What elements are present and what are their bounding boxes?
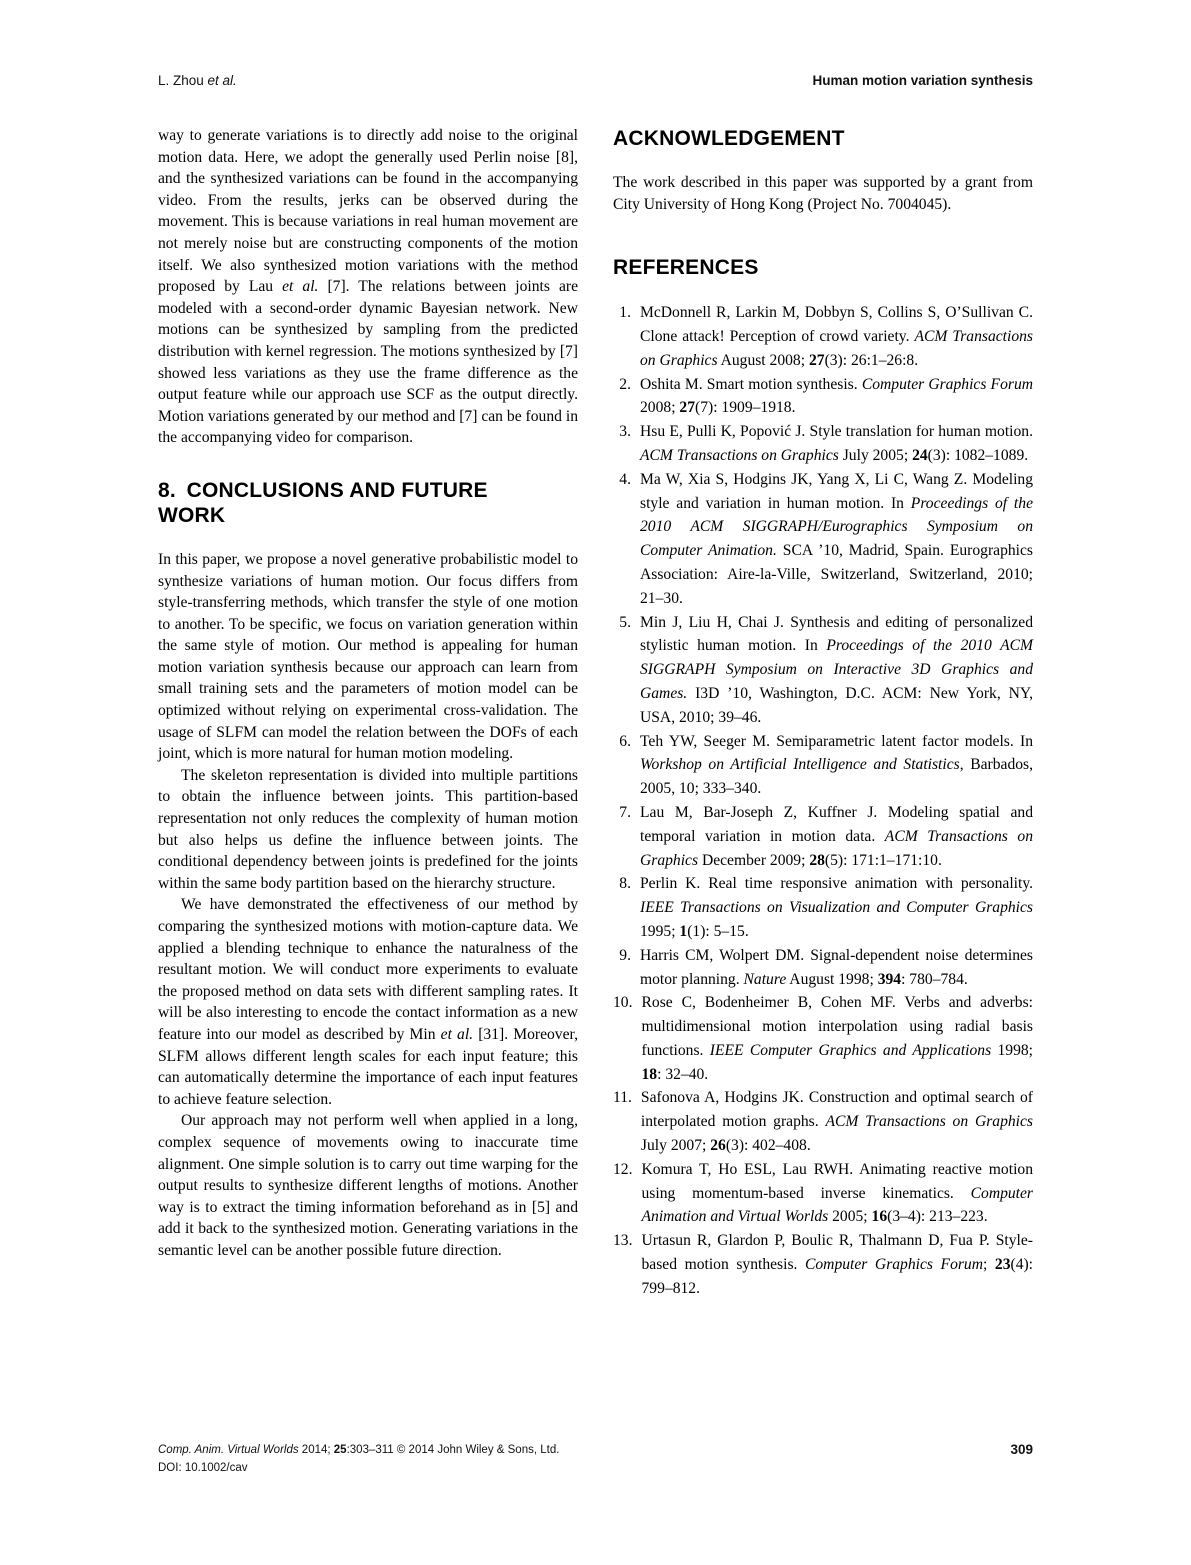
paragraph-acknowledgement: The work described in this paper was sup… [613, 172, 1033, 215]
section-heading-acknowledgement: ACKNOWLEDGEMENT [613, 126, 1033, 151]
reference-text: Min J, Liu H, Chai J. Synthesis and edit… [640, 611, 1033, 730]
running-header: L. Zhou et al. Human motion variation sy… [158, 73, 1033, 88]
reference-text: Ma W, Xia S, Hodgins JK, Yang X, Li C, W… [640, 468, 1033, 611]
paragraph-skeleton-representation: The skeleton representation is divided i… [158, 765, 578, 895]
paragraph-demonstration: We have demonstrated the effectiveness o… [158, 894, 578, 1110]
reference-item: 12. Komura T, Ho ESL, Lau RWH. Animating… [613, 1158, 1033, 1229]
paragraph-limitations: Our approach may not perform well when a… [158, 1110, 578, 1261]
page-number: 309 [1010, 1441, 1033, 1459]
reference-item: 13. Urtasun R, Glardon P, Boulic R, Thal… [613, 1229, 1033, 1300]
reference-item: 11. Safonova A, Hodgins JK. Construction… [613, 1086, 1033, 1157]
reference-number: 7. [613, 801, 640, 872]
reference-number: 8. [613, 872, 640, 943]
reference-item: 8. Perlin K. Real time responsive animat… [613, 872, 1033, 943]
right-column: ACKNOWLEDGEMENT The work described in th… [613, 125, 1033, 1301]
reference-number: 5. [613, 611, 640, 730]
running-header-title: Human motion variation synthesis [812, 73, 1033, 88]
reference-text: Teh YW, Seeger M. Semiparametric latent … [640, 730, 1033, 801]
reference-text: Safonova A, Hodgins JK. Construction and… [641, 1086, 1033, 1157]
footer-doi: DOI: 10.1002/cav [158, 1459, 559, 1477]
reference-number: 4. [613, 468, 640, 611]
paper-page: L. Zhou et al. Human motion variation sy… [0, 0, 1191, 1565]
reference-text: Perlin K. Real time responsive animation… [640, 872, 1033, 943]
reference-item: 3. Hsu E, Pulli K, Popović J. Style tran… [613, 420, 1033, 468]
paragraph-continuation: way to generate variations is to directl… [158, 125, 578, 449]
reference-text: Lau M, Bar-Joseph Z, Kuffner J. Modeling… [640, 801, 1033, 872]
section-heading-references: REFERENCES [613, 255, 1033, 280]
reference-text: McDonnell R, Larkin M, Dobbyn S, Collins… [640, 301, 1033, 372]
reference-item: 10. Rose C, Bodenheimer B, Cohen MF. Ver… [613, 991, 1033, 1086]
reference-item: 2. Oshita M. Smart motion synthesis. Com… [613, 373, 1033, 421]
reference-number: 2. [613, 373, 640, 421]
reference-item: 9. Harris CM, Wolpert DM. Signal-depende… [613, 944, 1033, 992]
running-header-author: L. Zhou et al. [158, 73, 237, 88]
reference-number: 13. [613, 1229, 642, 1300]
reference-item: 4. Ma W, Xia S, Hodgins JK, Yang X, Li C… [613, 468, 1033, 611]
reference-number: 6. [613, 730, 640, 801]
reference-item: 5. Min J, Liu H, Chai J. Synthesis and e… [613, 611, 1033, 730]
two-column-body: way to generate variations is to directl… [158, 125, 1033, 1301]
section-heading-conclusions: 8. CONCLUSIONS AND FUTURE WORK [158, 478, 503, 528]
reference-item: 6. Teh YW, Seeger M. Semiparametric late… [613, 730, 1033, 801]
reference-item: 7. Lau M, Bar-Joseph Z, Kuffner J. Model… [613, 801, 1033, 872]
paragraph-conclusion-intro: In this paper, we propose a novel genera… [158, 549, 578, 765]
reference-text: Komura T, Ho ESL, Lau RWH. Animating rea… [642, 1158, 1034, 1229]
footer-citation: Comp. Anim. Virtual Worlds 2014; 25:303–… [158, 1441, 559, 1459]
footer-citation-block: Comp. Anim. Virtual Worlds 2014; 25:303–… [158, 1441, 559, 1477]
reference-text: Harris CM, Wolpert DM. Signal-dependent … [640, 944, 1033, 992]
reference-number: 9. [613, 944, 640, 992]
reference-item: 1. McDonnell R, Larkin M, Dobbyn S, Coll… [613, 301, 1033, 372]
page-footer: Comp. Anim. Virtual Worlds 2014; 25:303–… [158, 1441, 1033, 1477]
reference-text: Oshita M. Smart motion synthesis. Comput… [640, 373, 1033, 421]
reference-number: 12. [613, 1158, 642, 1229]
reference-list: 1. McDonnell R, Larkin M, Dobbyn S, Coll… [613, 301, 1033, 1300]
reference-text: Rose C, Bodenheimer B, Cohen MF. Verbs a… [642, 991, 1034, 1086]
reference-number: 10. [613, 991, 642, 1086]
reference-number: 3. [613, 420, 640, 468]
reference-text: Urtasun R, Glardon P, Boulic R, Thalmann… [642, 1229, 1034, 1300]
left-column: way to generate variations is to directl… [158, 125, 578, 1301]
reference-number: 11. [613, 1086, 641, 1157]
reference-number: 1. [613, 301, 640, 372]
reference-text: Hsu E, Pulli K, Popović J. Style transla… [640, 420, 1033, 468]
